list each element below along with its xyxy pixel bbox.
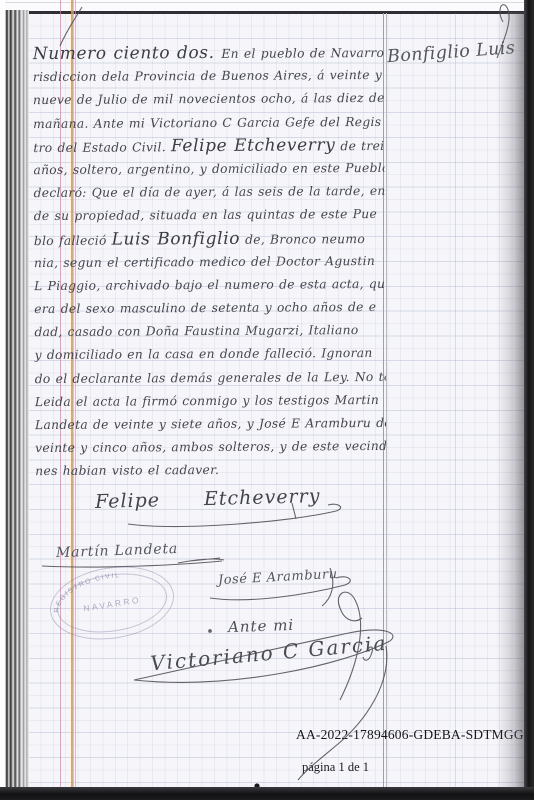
column-separator-shadow <box>386 13 387 788</box>
manuscript-line: L Piaggio, archivado bajo el numero de e… <box>34 273 385 298</box>
manuscript-line: Leida el acta la firmó conmigo y los tes… <box>35 389 386 414</box>
scanned-death-record-page: Numero ciento dos. En el pueblo de Navar… <box>0 0 534 800</box>
manuscript-segment: de, Bronco neumo <box>240 232 365 247</box>
manuscript-segment: nes habian visto el cadaver. <box>35 463 219 478</box>
signature-ante-mi: Ante mi <box>228 616 295 636</box>
manuscript-line: años, soltero, argentino, y domiciliado … <box>33 157 384 182</box>
manuscript-segment: veinte y cinco años, ambos solteros, y d… <box>35 439 386 455</box>
manuscript-segment: dad, casado con Doña Faustina Mugarzi, I… <box>34 323 358 339</box>
signature-declarant-first: Felipe <box>95 489 161 513</box>
manuscript-line: veinte y cinco años, ambos solteros, y d… <box>35 435 386 460</box>
manuscript-segment: de treinta y un <box>335 138 386 153</box>
footer-page-indicator: página 1 de 1 <box>302 760 369 775</box>
manuscript-segment: do el declarante las demás generales de … <box>35 369 387 385</box>
manuscript-segment: tro del Estado Civil. <box>33 140 171 155</box>
manuscript-line: Landeta de veinte y siete años, y José E… <box>35 412 386 437</box>
manuscript-line: nia, segun el certificado medico del Doc… <box>34 250 385 275</box>
manuscript-line: nes habian visto el cadaver. <box>35 458 386 483</box>
top-hairline <box>0 2 534 3</box>
manuscript-segment: mañana. Ante mi Victoriano C Garcia Gefe… <box>33 115 381 131</box>
manuscript-segment: L Piaggio, archivado bajo el numero de e… <box>34 277 386 293</box>
manuscript-segment: nia, segun el certificado medico del Doc… <box>34 254 375 270</box>
manuscript-line: dad, casado con Doña Faustina Mugarzi, I… <box>34 319 385 344</box>
manuscript-segment: declaró: Que el día de ayer, á las seis … <box>34 184 387 200</box>
manuscript-segment: era del sexo masculino de setenta y ocho… <box>34 300 376 316</box>
manuscript-segment: nueve de Julio de mil novecientos ocho, … <box>33 91 386 107</box>
manuscript-segment: blo falleció <box>34 233 112 247</box>
margin-grid-line <box>455 13 456 788</box>
manuscript-line: mañana. Ante mi Victoriano C Garcia Gefe… <box>33 110 384 135</box>
manuscript-line: nueve de Julio de mil novecientos ocho, … <box>33 87 384 112</box>
signature-declarant-last: Etcheverry <box>204 485 321 510</box>
manuscript-line: de su propiedad, situada en las quintas … <box>34 203 385 228</box>
manuscript-emphasis: Luis Bonfiglio <box>112 228 241 249</box>
manuscript-line: declaró: Que el día de ayer, á las seis … <box>34 180 385 205</box>
right-gutter-shadow <box>496 12 527 788</box>
manuscript-line: tro del Estado Civil. Felipe Etcheverry … <box>33 134 384 159</box>
manuscript-segment: risdiccion dela Provincia de Buenos Aire… <box>33 68 382 84</box>
manuscript-line: Numero ciento dos. En el pueblo de Navar… <box>33 41 384 66</box>
manuscript-segment: Landeta de veinte y siete años, y José E… <box>35 416 386 432</box>
right-page-edge <box>524 0 534 800</box>
bottom-page-edge <box>0 787 534 800</box>
manuscript-line: y domiciliado en la casa en donde fallec… <box>34 342 385 367</box>
page-top-edge <box>22 11 534 14</box>
manuscript-line: risdiccion dela Provincia de Buenos Aire… <box>33 64 384 89</box>
manuscript-segment: años, soltero, argentino, y domiciliado … <box>33 161 386 177</box>
manuscript-line: blo falleció Luis Bonfiglio de, Bronco n… <box>34 226 385 251</box>
manuscript-emphasis: Numero ciento dos. <box>33 43 222 64</box>
manuscript-segment: de su propiedad, situada en las quintas … <box>34 207 377 223</box>
manuscript-text: Numero ciento dos. En el pueblo de Navar… <box>33 41 387 484</box>
manuscript-segment: Leida el acta la firmó conmigo y los tes… <box>35 393 379 409</box>
manuscript-segment: y domiciliado en la casa en donde fallec… <box>35 346 373 362</box>
manuscript-segment: En el pueblo de Navarro ju <box>221 46 386 61</box>
book-binding-edges <box>5 10 29 792</box>
manuscript-emphasis: Felipe Etcheverry <box>171 135 336 156</box>
manuscript-line: era del sexo masculino de setenta y ocho… <box>34 296 385 321</box>
manuscript-line: do el declarante las demás generales de … <box>35 366 386 391</box>
